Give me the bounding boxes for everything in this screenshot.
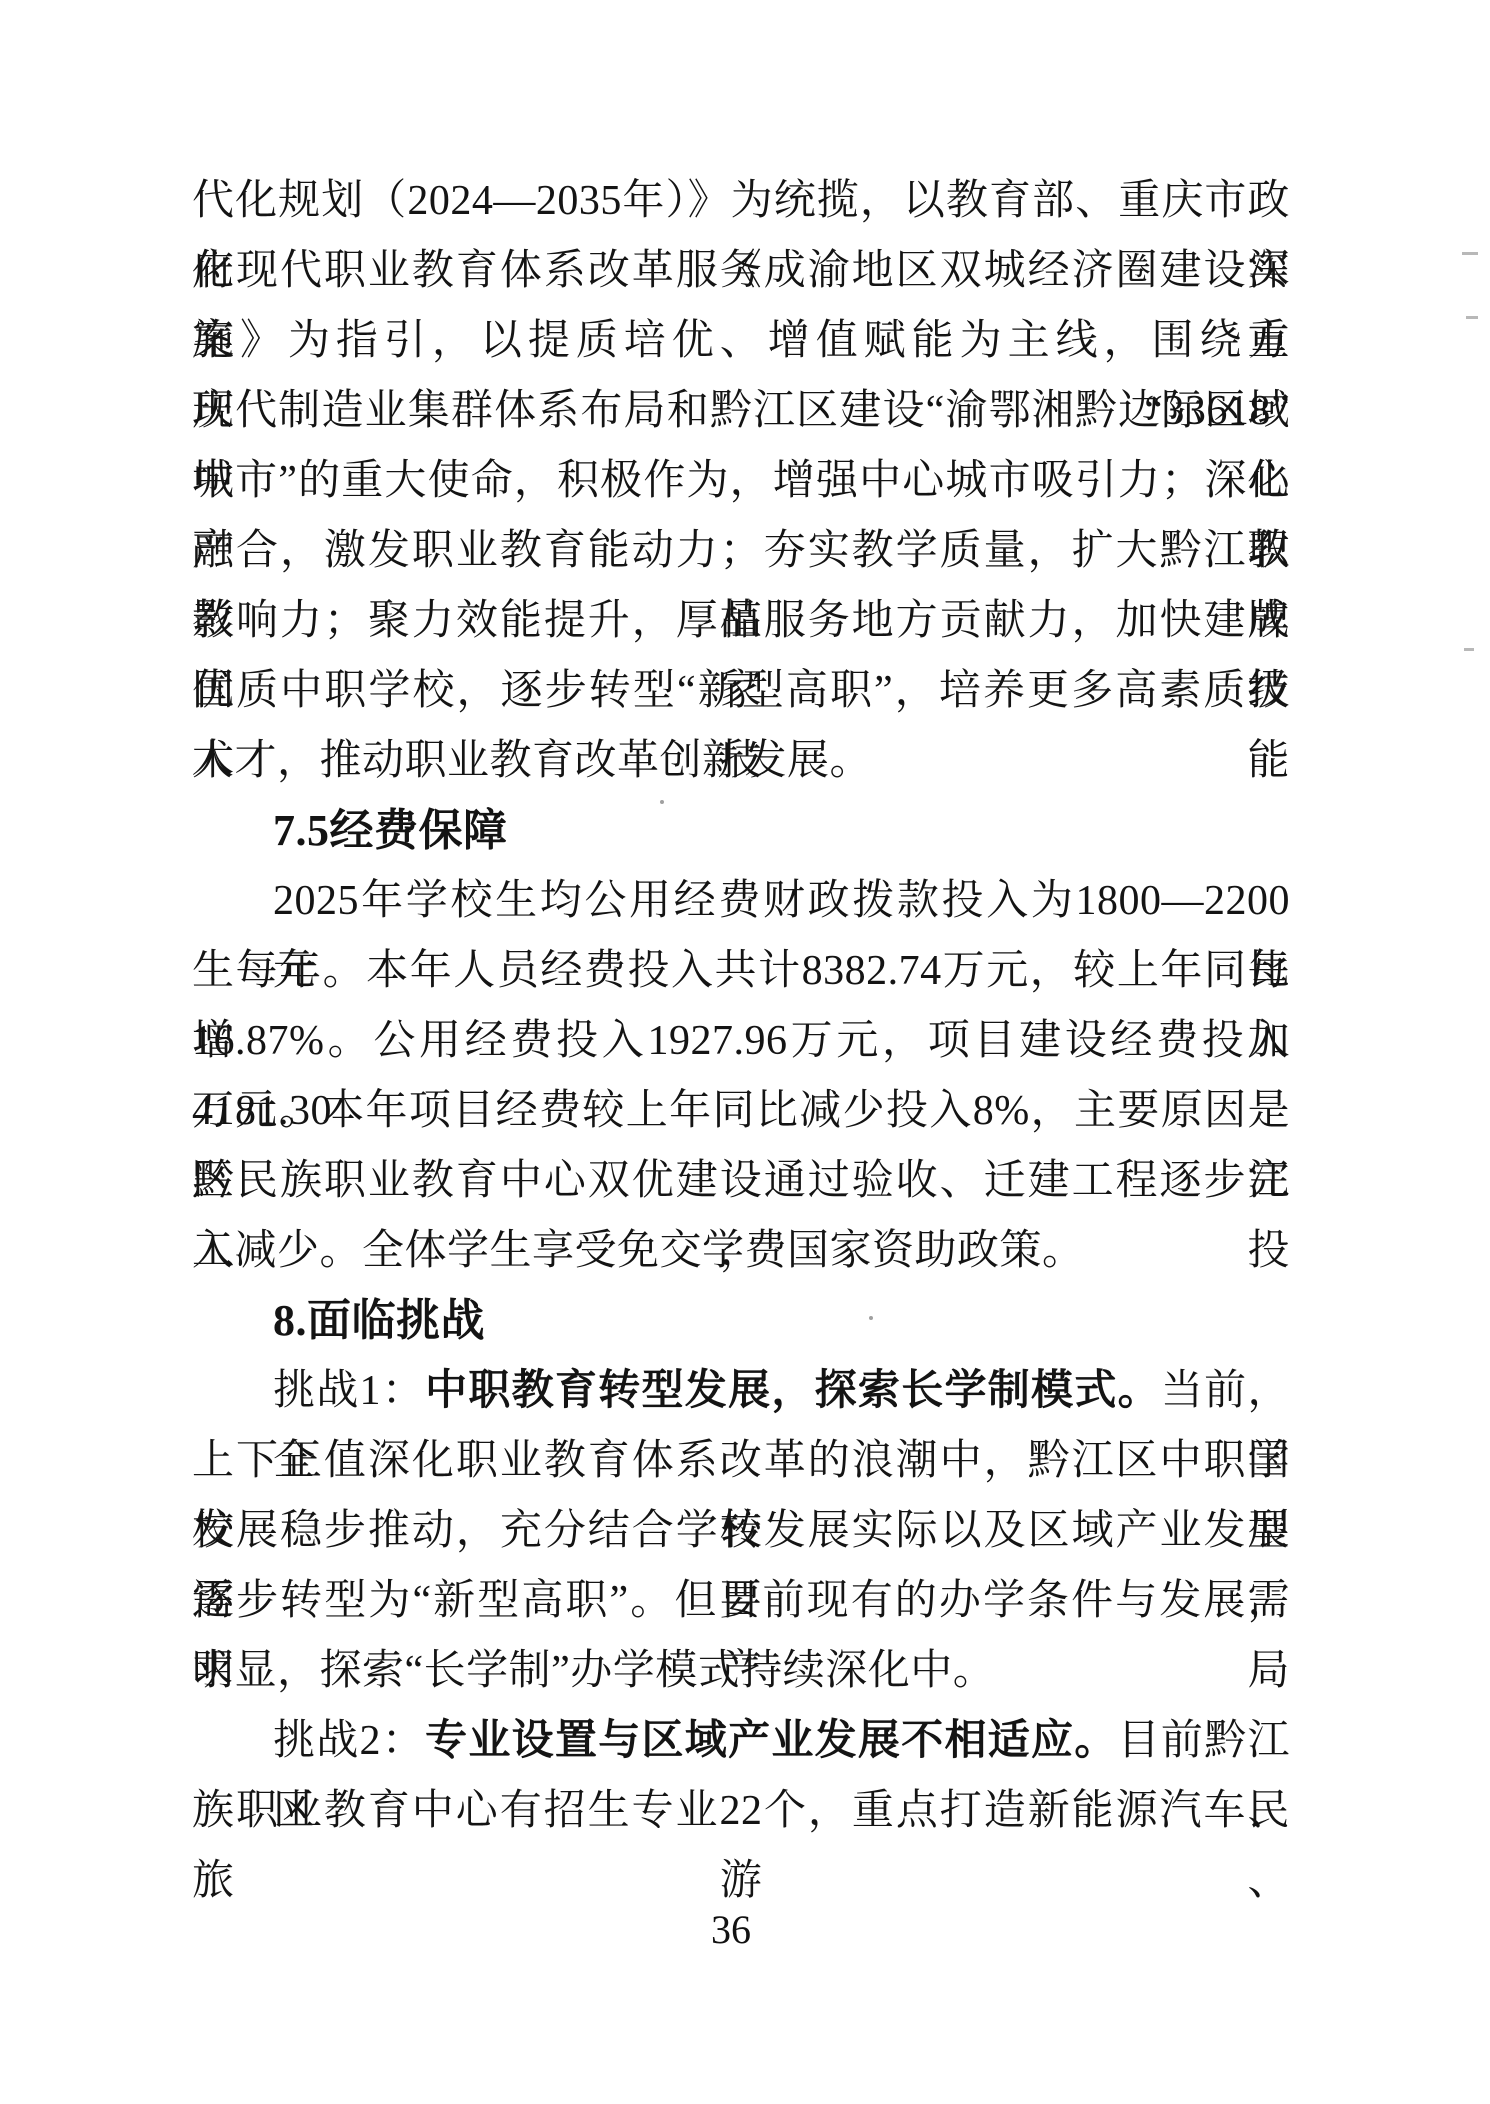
text-line: 优质中职学校，逐步转型“新型高职”，培养更多高素质技术技能 bbox=[192, 656, 1290, 726]
text-line: 城市”的重大使命，积极作为，增强中心城市吸引力；深化产教 bbox=[192, 446, 1290, 516]
text-line: 16.87%。公用经费投入1927.96万元，项目建设经费投入4181.30 bbox=[192, 1006, 1290, 1076]
scan-artifact bbox=[660, 800, 664, 804]
text-line: 上下正值深化职业教育体系改革的浪潮中，黔江区中职学校转型 bbox=[192, 1426, 1290, 1496]
scan-artifact bbox=[869, 1316, 873, 1320]
section-heading-7-5: 7.5经费保障 bbox=[192, 796, 1290, 866]
challenge-1-label: 挑战1： bbox=[273, 1368, 425, 1414]
scan-artifact bbox=[1462, 252, 1478, 255]
challenge-1-title: 中职教育转型发展，探索长学制模式。 bbox=[425, 1368, 1161, 1414]
text-line: 生每年。本年人员经费投入共计8382.74万元，较上年同比增加 bbox=[192, 936, 1290, 1006]
text-line-challenge-2: 挑战2：专业设置与区域产业发展不相适应。目前黔江区民 bbox=[192, 1706, 1290, 1776]
text-block: 代化规划（2024—2035年）》为统揽，以教育部、重庆市政府《深 化现代职业教… bbox=[192, 166, 1290, 1846]
text-line-challenge-1: 挑战1：中职教育转型发展，探索长学制模式。当前，全国 bbox=[192, 1356, 1290, 1426]
text-line: 区民族职业教育中心双优建设通过验收、迁建工程逐步完工，投 bbox=[192, 1146, 1290, 1216]
scan-artifact bbox=[1464, 648, 1474, 651]
text-line: 代化规划（2024—2035年）》为统揽，以教育部、重庆市政府《深 bbox=[192, 166, 1290, 236]
text-line: 2025年学校生均公用经费财政拨款投入为1800—2200元每 bbox=[192, 866, 1290, 936]
page-number: 36 bbox=[0, 1908, 1462, 1952]
challenge-2-title: 专业设置与区域产业发展不相适应。 bbox=[425, 1718, 1118, 1764]
text-line: 族职业教育中心有招生专业22个，重点打造新能源汽车、旅游、 bbox=[192, 1776, 1290, 1846]
text-line: 影响力；聚力效能提升，厚植服务地方贡献力，加快建成国家级 bbox=[192, 586, 1290, 656]
text-line: 万元。本年项目经费较上年同比减少投入8%，主要原因是黔江 bbox=[192, 1076, 1290, 1146]
text-line: 案》为指引，以提质培优、增值赋能为主线，围绕重庆“33618” bbox=[192, 306, 1290, 376]
challenge-2-label: 挑战2： bbox=[273, 1718, 425, 1764]
text-line: 融合，激发职业教育能动力；夯实教学质量，扩大黔江职教品牌 bbox=[192, 516, 1290, 586]
text-line: 现代制造业集群体系布局和黔江区建设“渝鄂湘黔边际区域中心 bbox=[192, 376, 1290, 446]
text-line: 化现代职业教育体系改革服务成渝地区双城经济圈建设实施方 bbox=[192, 236, 1290, 306]
document-page: 代化规划（2024—2035年）》为统揽，以教育部、重庆市政府《深 化现代职业教… bbox=[0, 0, 1490, 2104]
section-heading-8: 8.面临挑战 bbox=[192, 1286, 1290, 1356]
scan-artifact bbox=[1466, 316, 1478, 319]
text-line: 发展稳步推动，充分结合学校发展实际以及区域产业发展需要， bbox=[192, 1496, 1290, 1566]
text-line: 逐步转型为“新型高职”。但目前现有的办学条件与发展需求产局 bbox=[192, 1566, 1290, 1636]
